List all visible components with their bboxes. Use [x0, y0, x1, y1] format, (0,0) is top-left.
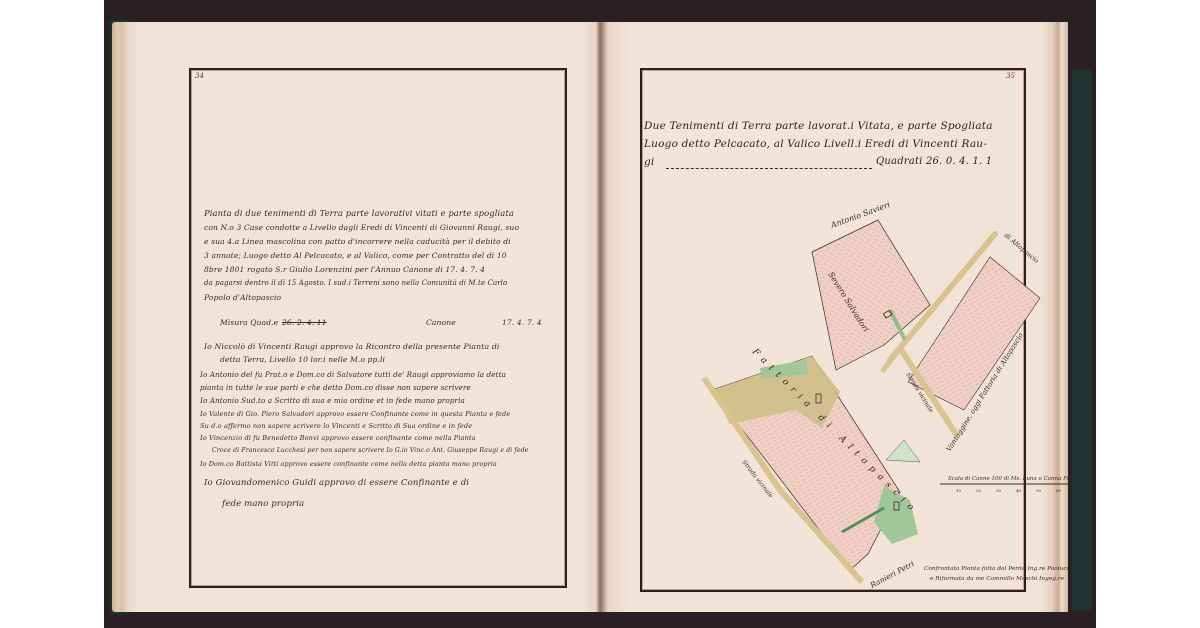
scale-bar: Scala di Canne 100 di Ms. Luna o Canna F…	[940, 476, 1068, 493]
measure-struck-value: 26. 2. 4. 11	[282, 318, 327, 327]
signature-line: Io Antonio Sud.to a Scritto di sua e mia…	[200, 396, 465, 405]
right-page: 35 Due Tenimenti di Terra parte lavorat.…	[600, 22, 1068, 612]
text-line: 8bre 1801 rogato S.r Giulio Lorenzini pe…	[204, 265, 485, 274]
label-corner: di Altopascio	[1003, 231, 1041, 265]
text-line: e sua 4.a Linea mascolina con patto d'in…	[204, 237, 511, 246]
plot-upper-left	[812, 220, 930, 370]
svg-text:60: 60	[1056, 488, 1062, 493]
signature-line: Io Vincenzio di fu Benedetto Bonvi appro…	[200, 434, 476, 442]
signature-line: detta Terra, Livello 10 lor.i nelle M.o …	[220, 355, 385, 364]
text-line: 3 annate; Luogo detto Al Pelcacato, e al…	[204, 251, 507, 260]
svg-text:50: 50	[1036, 488, 1042, 493]
text-line: con N.o 3 Case condotte a Livello dagli …	[204, 223, 519, 232]
signature-line: pianta in tutte le sue parti e che detto…	[200, 383, 471, 392]
svg-text:30: 30	[996, 488, 1002, 493]
label-top-neighbor: Antonio Savieri	[829, 200, 892, 230]
signature-line: Io Niccolò di Vincenti Raugi approvo la …	[204, 342, 500, 351]
page-number-left: 34	[195, 72, 204, 80]
attestation-line: Confrontata Pianta fatta dal Perito Ing.…	[924, 566, 1068, 572]
text-line: da pagarsi dentro il dì 15 Agosto. I sud…	[204, 279, 507, 287]
canone-label: Canone	[426, 318, 456, 327]
text-line: Pianta di due tenimenti di Terra parte l…	[204, 208, 514, 218]
signature-line: Io Antonio del fu Prat.o e Dom.co di Sal…	[200, 370, 506, 379]
estate-map: Antonio Savieri Severo Salvadori Vantagg…	[600, 22, 1068, 612]
svg-text:40: 40	[1016, 488, 1022, 493]
cover-edge-right	[1072, 70, 1092, 610]
left-page-frame	[189, 68, 567, 588]
svg-text:20: 20	[976, 488, 982, 493]
attestation-line: e Riformata da me Cammillo Moschi Ingeg.…	[930, 576, 1065, 582]
text-line: Popolo d'Altopascio	[204, 293, 281, 302]
svg-text:10: 10	[956, 488, 962, 493]
book-scan: 34 Pianta di due tenimenti di Terra part…	[104, 0, 1096, 628]
signature-line: Io Giovandomenico Guidi approvo di esser…	[204, 478, 469, 488]
left-page: 34 Pianta di due tenimenti di Terra part…	[112, 22, 600, 612]
signature-line: Io Dom.co Battista Vitti approvo essere …	[200, 460, 497, 468]
label-bottom-neighbor: Ranieri Petri	[868, 559, 916, 590]
canone-value: 17. 4. 7. 4	[502, 318, 542, 327]
measure-label: Misura Quad.e	[220, 318, 278, 327]
signature-line: Io Valente di Gio. Piero Salvadori appro…	[200, 410, 510, 418]
signature-line: Croce di Francesco Lucchesi per non sape…	[212, 447, 528, 454]
svg-text:Scala di Canne 100 di Ms. Luna: Scala di Canne 100 di Ms. Luna o Canna F…	[948, 476, 1068, 482]
signature-line: fede mano propria	[222, 499, 304, 509]
signature-line: Su d.o affermo non sapere scrivere lo Vi…	[200, 422, 472, 430]
